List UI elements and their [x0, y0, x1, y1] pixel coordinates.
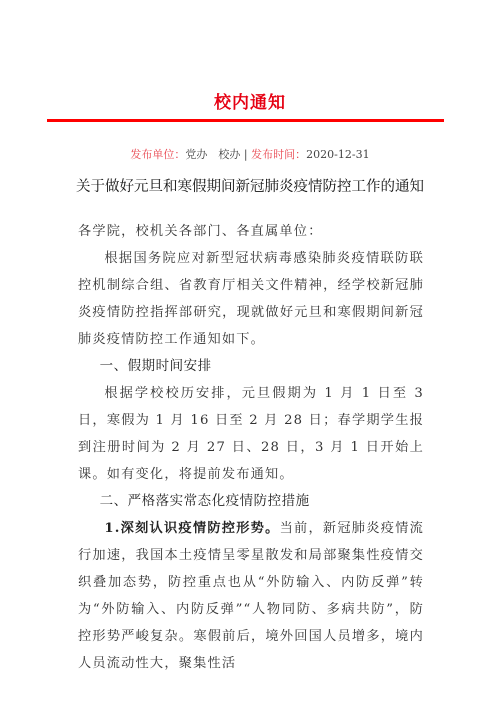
section-heading-1: 一、假期时间安排: [100, 353, 424, 380]
intro-paragraph: 根据国务院应对新型冠状病毒感染肺炎疫情联防联控机制综合组、省教育厅相关文件精神，…: [78, 245, 424, 353]
date-value: 2020-12-31: [306, 148, 369, 161]
meta-separator: |: [244, 148, 248, 161]
title-divider: [47, 119, 444, 122]
subsection-lead: 1.深刻认识疫情防控形势。: [104, 521, 279, 536]
section-paragraph-1: 根据学校校历安排，元旦假期为 1 月 1 日至 3 日，寒假为 1 月 16 日…: [78, 380, 424, 488]
date-label: 发布时间：: [251, 148, 306, 161]
subsection-text: 当前，新冠肺炎疫情流行加速，我国本土疫情呈零星散发和局部聚集性疫情交织叠加态势，…: [78, 521, 424, 671]
document-body: 各学院，校机关各部门、各直属单位： 根据国务院应对新型冠状病毒感染肺炎疫情联防联…: [78, 218, 424, 677]
section-paragraph-2: 1.深刻认识疫情防控形势。当前，新冠肺炎疫情流行加速，我国本土疫情呈零星散发和局…: [78, 515, 424, 677]
publisher-value: 党办 校办: [185, 148, 240, 161]
salutation: 各学院，校机关各部门、各直属单位：: [78, 218, 424, 245]
section-heading-2: 二、严格落实常态化疫情防控措施: [100, 488, 424, 515]
notice-title: 校内通知: [0, 88, 500, 113]
publisher-label: 发布单位：: [130, 148, 185, 161]
document-headline: 关于做好元旦和寒假期间新冠肺炎疫情防控工作的通知: [0, 175, 500, 196]
publish-meta: 发布单位：党办 校办 | 发布时间：2020-12-31: [0, 146, 500, 162]
